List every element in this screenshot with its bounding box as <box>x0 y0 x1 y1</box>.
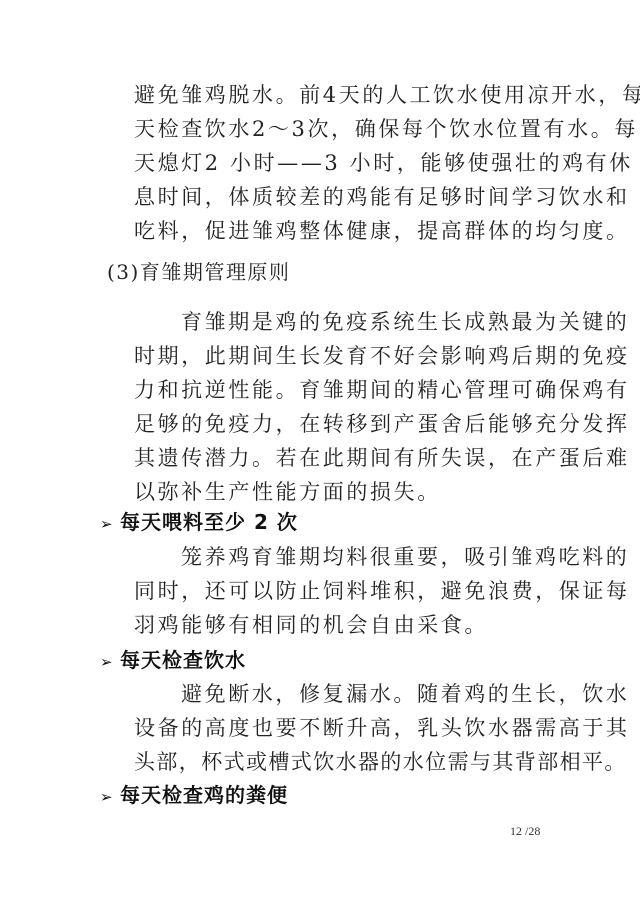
bullet-heading-text: 每天检查饮水 <box>120 648 246 672</box>
text-line: 以弥补生产性能方面的损失。 <box>134 479 441 505</box>
section-subheading: (3)育雏期管理原则 <box>107 259 290 285</box>
document-page: 避免雏鸡脱水。前4天的人工饮水使用凉开水，每 天检查饮水2～3次，确保每个饮水位… <box>0 0 640 905</box>
arrow-bullet-icon: ➢ <box>100 649 120 675</box>
text-line: 天熄灯2 小时——3 小时，能够使强壮的鸡有休 <box>134 150 633 176</box>
text-line: 笼养鸡育雏期均料很重要，吸引雏鸡吃料的 <box>181 544 629 570</box>
text-line: 头部，杯式或槽式饮水器的水位需与其背部相平。 <box>134 749 627 775</box>
text-line: 息时间，体质较差的鸡能有足够时间学习饮水和 <box>134 184 630 210</box>
text-line: 其遗传潜力。若在此期间有所失误，在产蛋后难 <box>134 445 630 471</box>
text-line: 天检查饮水2～3次，确保每个饮水位置有水。每 <box>134 116 638 142</box>
text-line: 力和抗逆性能。育雏期间的精心管理可确保鸡有 <box>134 377 630 403</box>
bullet-heading: ➢每天检查鸡的粪便 <box>100 782 288 810</box>
text-line: 设备的高度也要不断升高，乳头饮水器需高于其 <box>134 715 630 741</box>
bullet-heading-text: 每天喂料至少 2 次 <box>120 510 298 534</box>
text-line: 育雏期是鸡的免疫系统生长成熟最为关键的 <box>181 309 629 335</box>
text-line: 羽鸡能够有相同的机会自由采食。 <box>134 612 488 638</box>
text-line: 同时，还可以防止饲料堆积，避免浪费，保证每 <box>134 578 630 604</box>
arrow-bullet-icon: ➢ <box>100 784 120 810</box>
text-line: 吃料，促进雏鸡整体健康，提高群体的均匀度。 <box>134 218 630 244</box>
text-line: 避免断水，修复漏水。随着鸡的生长，饮水 <box>181 681 629 707</box>
text-line: 时期，此期间生长发育不好会影响鸡后期的免疫 <box>134 343 630 369</box>
page-number: 12 /28 <box>510 824 540 839</box>
bullet-heading: ➢每天检查饮水 <box>100 647 246 675</box>
bullet-heading: ➢每天喂料至少 2 次 <box>100 509 298 537</box>
arrow-bullet-icon: ➢ <box>100 511 120 537</box>
bullet-heading-text: 每天检查鸡的粪便 <box>120 783 288 807</box>
text-line: 避免雏鸡脱水。前4天的人工饮水使用凉开水，每 <box>134 82 640 108</box>
text-line: 足够的免疫力，在转移到产蛋舍后能够充分发挥 <box>134 411 630 437</box>
